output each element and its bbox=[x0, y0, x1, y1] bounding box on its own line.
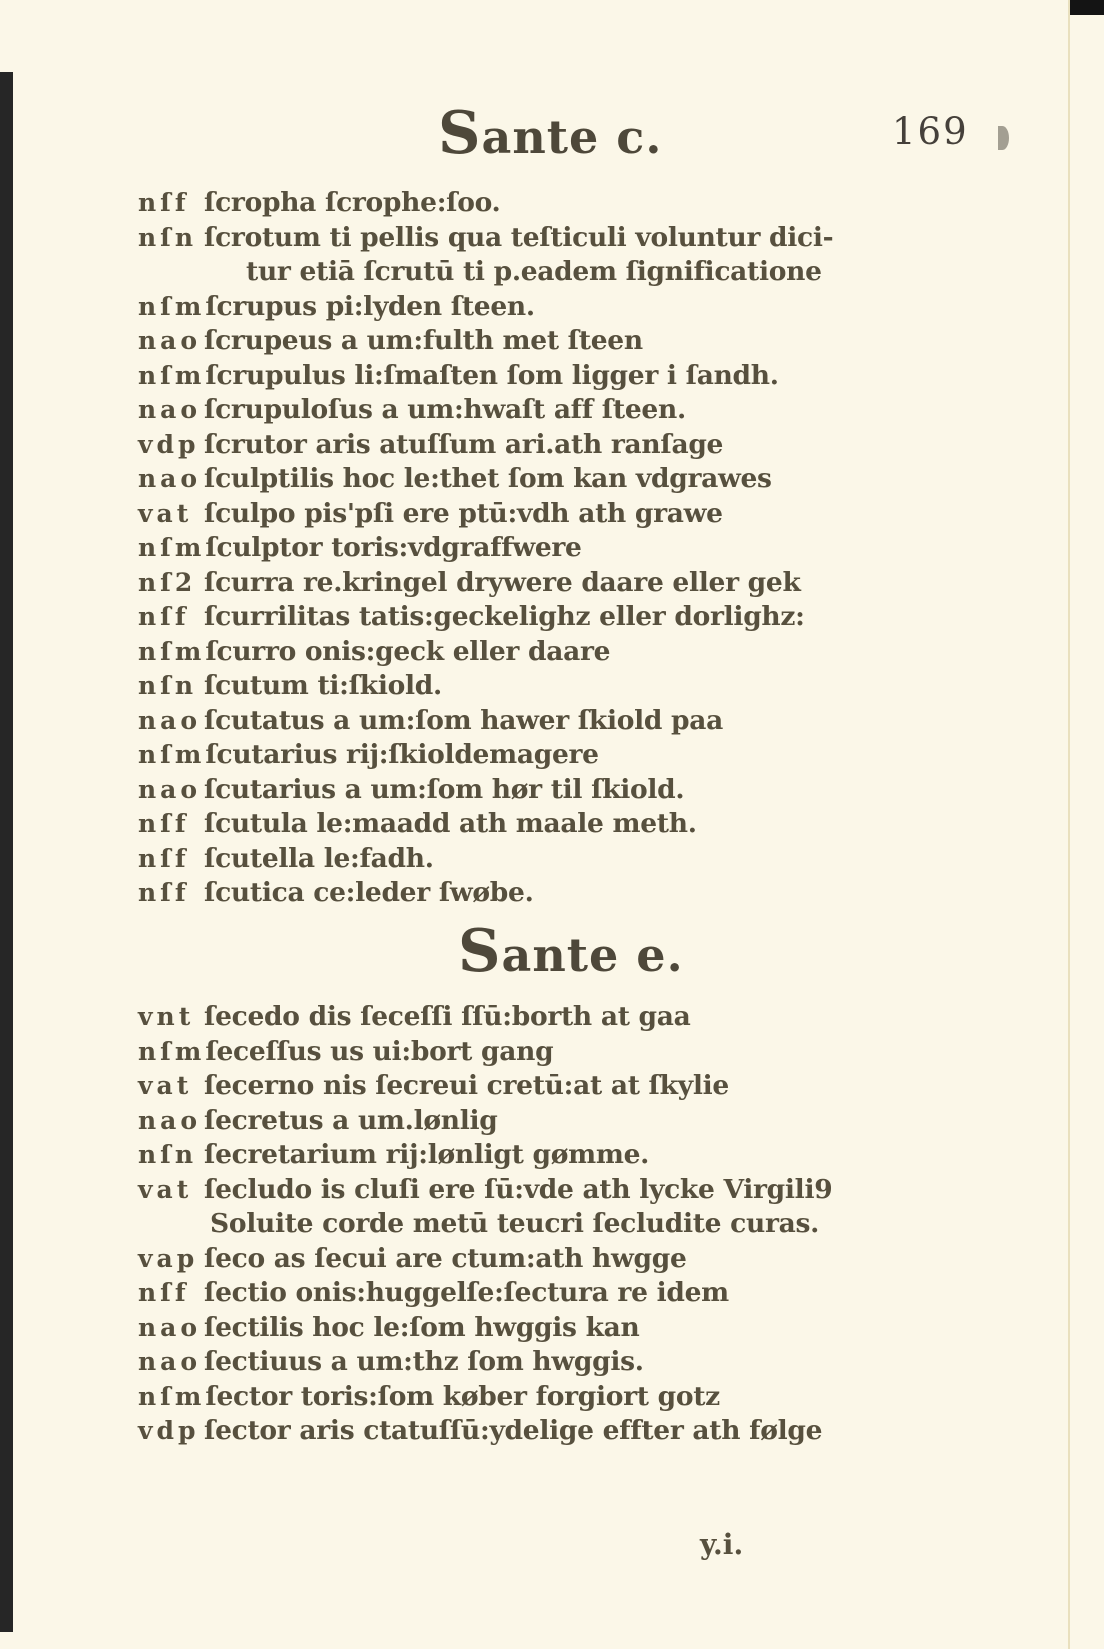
scanned-book-page: Sante c. 169 nſfſcropha ſcrophe:ſoo. nſn… bbox=[0, 0, 1104, 1649]
gram-abbrev: nſf bbox=[138, 1276, 204, 1311]
entry-text: ſectiuus a um:thz ſom hwggis. bbox=[204, 1345, 644, 1380]
gram-abbrev: nſf bbox=[138, 186, 204, 221]
gram-abbrev: nſm bbox=[138, 635, 205, 670]
dictionary-entry: nſmſcrupus pi:lyden ſteen. bbox=[138, 290, 918, 325]
dictionary-entry: nſ2ſcurra re.kringel drywere daare eller… bbox=[138, 566, 918, 601]
dictionary-entry: naoſcutarius a um:ſom hør til ſkiold. bbox=[138, 773, 918, 808]
dictionary-entry: naoſcrupuloſus a um:hwaſt aff ſteen. bbox=[138, 393, 918, 428]
gram-abbrev: nao bbox=[138, 773, 204, 808]
gram-abbrev: nao bbox=[138, 1311, 204, 1346]
entry-text: ſcutum ti:ſkiold. bbox=[204, 669, 442, 704]
entry-text: ſcutarius rij:ſkioldemagere bbox=[205, 738, 598, 773]
dictionary-entry: vatſecludo is cluſi ere ſū:vde ath lycke… bbox=[138, 1173, 918, 1208]
entry-text: ſcutica ce:leder ſwøbe. bbox=[204, 876, 534, 911]
entry-text: ſectilis hoc le:ſom hwggis kan bbox=[204, 1311, 639, 1346]
dictionary-entry: nſnſcrotum ti pellis qua teſticuli volun… bbox=[138, 221, 918, 256]
scan-edge-strip bbox=[0, 72, 13, 1632]
entry-text: ſcrupeus a um:fulth met ſteen bbox=[204, 324, 643, 359]
dictionary-entry-continuation: Soluite corde metū teucri ſecludite cura… bbox=[138, 1207, 918, 1242]
entry-text: ſcurro onis:geck eller daare bbox=[205, 635, 610, 670]
dictionary-entry: naoſectilis hoc le:ſom hwggis kan bbox=[138, 1311, 918, 1346]
gram-abbrev: nſm bbox=[138, 290, 205, 325]
entry-text: ſecerno nis ſecreui cretū:at at ſkylie bbox=[204, 1069, 729, 1104]
dictionary-entry: nſnſcutum ti:ſkiold. bbox=[138, 669, 918, 704]
gram-abbrev: nao bbox=[138, 1104, 204, 1139]
entry-text: ſeceſſus us ui:bort gang bbox=[205, 1035, 553, 1070]
entry-text: ſcutella le:fadh. bbox=[204, 842, 434, 877]
dictionary-entry: vdpſector aris ctatuſſū:ydelige effter a… bbox=[138, 1414, 918, 1449]
gram-abbrev: nſn bbox=[138, 1138, 204, 1173]
entry-text: tur etiā ſcrutū ti p.eadem ſignification… bbox=[204, 255, 822, 290]
entry-text: Soluite corde metū teucri ſecludite cura… bbox=[204, 1207, 819, 1242]
entry-text: ſcutula le:maadd ath maale meth. bbox=[204, 807, 697, 842]
entry-text: ſeco as ſecui are ctum:ath hwgge bbox=[204, 1242, 687, 1277]
entry-text: ſculptor toris:vdgraffwere bbox=[205, 531, 581, 566]
dictionary-entry: nſnſecretarium rij:lønligt gømme. bbox=[138, 1138, 918, 1173]
dictionary-entry: nſmſculptor toris:vdgraffwere bbox=[138, 531, 918, 566]
dictionary-entry: vntſecedo dis ſeceſſi ſſū:borth at gaa bbox=[138, 1000, 918, 1035]
entry-text: ſculpo pis'pſi ere ptū:vdh ath grawe bbox=[204, 497, 723, 532]
dictionary-entry: naoſcutatus a um:ſom hawer ſkiold paa bbox=[138, 704, 918, 739]
dictionary-entry: naoſculptilis hoc le:thet ſom kan vdgraw… bbox=[138, 462, 918, 497]
gram-abbrev: nſm bbox=[138, 1035, 205, 1070]
running-header: Sante c. bbox=[438, 104, 662, 163]
entry-text: ſecretarium rij:lønligt gømme. bbox=[204, 1138, 649, 1173]
dictionary-entry: nſmſcrupulus li:ſmaſten ſom ligger i ſan… bbox=[138, 359, 918, 394]
gram-abbrev: vat bbox=[138, 1069, 204, 1104]
dictionary-entry: nſmſcutarius rij:ſkioldemagere bbox=[138, 738, 918, 773]
entry-text: ſcrupus pi:lyden ſteen. bbox=[205, 290, 534, 325]
gram-abbrev: nao bbox=[138, 1345, 204, 1380]
entry-text: ſcrupulus li:ſmaſten ſom ligger i ſandh. bbox=[205, 359, 778, 394]
gram-abbrev: nſm bbox=[138, 1380, 205, 1415]
entry-text: ſector aris ctatuſſū:ydelige effter ath … bbox=[204, 1414, 822, 1449]
dictionary-entry: naoſcrupeus a um:fulth met ſteen bbox=[138, 324, 918, 359]
gram-abbrev: nſf bbox=[138, 876, 204, 911]
page-edge-crease bbox=[1068, 0, 1070, 1649]
entry-text: ſecretus a um.lønlig bbox=[204, 1104, 497, 1139]
gram-abbrev: nſ2 bbox=[138, 566, 204, 601]
dictionary-entry: nſmſeceſſus us ui:bort gang bbox=[138, 1035, 918, 1070]
ink-spot bbox=[998, 126, 1009, 150]
gram-abbrev: nſf bbox=[138, 807, 204, 842]
page-number: 169 bbox=[892, 110, 969, 153]
gram-abbrev: nao bbox=[138, 324, 204, 359]
entry-text: ſculptilis hoc le:thet ſom kan vdgrawes bbox=[204, 462, 772, 497]
gram-abbrev: nſm bbox=[138, 359, 205, 394]
scan-corner-mark bbox=[1070, 0, 1104, 15]
dictionary-entry: nſmſector toris:ſom køber forgiort gotz bbox=[138, 1380, 918, 1415]
dictionary-entry: vatſecerno nis ſecreui cretū:at at ſkyli… bbox=[138, 1069, 918, 1104]
gram-abbrev: nao bbox=[138, 393, 204, 428]
gram-abbrev: nſn bbox=[138, 221, 204, 256]
gram-abbrev: vap bbox=[138, 1242, 204, 1277]
entry-text: ſcurra re.kringel drywere daare eller ge… bbox=[204, 566, 801, 601]
gram-abbrev: vat bbox=[138, 497, 204, 532]
gram-abbrev: nſm bbox=[138, 531, 205, 566]
gram-abbrev: vat bbox=[138, 1173, 204, 1208]
dictionary-entry: vdpſcrutor aris atuſſum ari.ath ranſage bbox=[138, 428, 918, 463]
entry-text: ſecludo is cluſi ere ſū:vde ath lycke Vi… bbox=[204, 1173, 832, 1208]
dictionary-entry: vatſculpo pis'pſi ere ptū:vdh ath grawe bbox=[138, 497, 918, 532]
entry-text: ſcutarius a um:ſom hør til ſkiold. bbox=[204, 773, 684, 808]
dictionary-entry: vapſeco as ſecui are ctum:ath hwgge bbox=[138, 1242, 918, 1277]
gram-abbrev: vnt bbox=[138, 1000, 204, 1035]
entry-text: ſcutatus a um:ſom hawer ſkiold paa bbox=[204, 704, 723, 739]
dictionary-entry: nſmſcurro onis:geck eller daare bbox=[138, 635, 918, 670]
gram-abbrev: nſf bbox=[138, 600, 204, 635]
gram-abbrev: nſm bbox=[138, 738, 205, 773]
entry-text: ſcropha ſcrophe:ſoo. bbox=[204, 186, 501, 221]
gram-abbrev: nao bbox=[138, 462, 204, 497]
dictionary-entry: nſfſcropha ſcrophe:ſoo. bbox=[138, 186, 918, 221]
dictionary-entry: nſfſectio onis:huggelſe:ſectura re idem bbox=[138, 1276, 918, 1311]
dictionary-entry: nſfſcurrilitas tatis:geckelighz eller do… bbox=[138, 600, 918, 635]
entry-text: ſcrotum ti pellis qua teſticuli voluntur… bbox=[204, 221, 833, 256]
dictionary-entry: nſfſcutica ce:leder ſwøbe. bbox=[138, 876, 918, 911]
gram-abbrev: nſf bbox=[138, 842, 204, 877]
entry-text: ſcurrilitas tatis:geckelighz eller dorli… bbox=[204, 600, 805, 635]
dictionary-entry: nſfſcutula le:maadd ath maale meth. bbox=[138, 807, 918, 842]
signature-mark: y.i. bbox=[700, 1528, 743, 1561]
gram-abbrev: vdp bbox=[138, 428, 204, 463]
gram-abbrev: nao bbox=[138, 704, 204, 739]
dictionary-entry: nſfſcutella le:fadh. bbox=[138, 842, 918, 877]
gram-abbrev: vdp bbox=[138, 1414, 204, 1449]
dictionary-entry: naoſectiuus a um:thz ſom hwggis. bbox=[138, 1345, 918, 1380]
entries-section-e: vntſecedo dis ſeceſſi ſſū:borth at gaa n… bbox=[138, 1000, 918, 1449]
dictionary-entry-continuation: tur etiā ſcrutū ti p.eadem ſignification… bbox=[138, 255, 918, 290]
dictionary-entry: naoſecretus a um.lønlig bbox=[138, 1104, 918, 1139]
entry-text: ſecedo dis ſeceſſi ſſū:borth at gaa bbox=[204, 1000, 691, 1035]
gram-abbrev: nſn bbox=[138, 669, 204, 704]
section-heading: Sante e. bbox=[458, 922, 684, 981]
entry-text: ſcrupuloſus a um:hwaſt aff ſteen. bbox=[204, 393, 686, 428]
entries-section-c: nſfſcropha ſcrophe:ſoo. nſnſcrotum ti pe… bbox=[138, 186, 918, 911]
entry-text: ſector toris:ſom køber forgiort gotz bbox=[205, 1380, 720, 1415]
entry-text: ſectio onis:huggelſe:ſectura re idem bbox=[204, 1276, 729, 1311]
entry-text: ſcrutor aris atuſſum ari.ath ranſage bbox=[204, 428, 723, 463]
